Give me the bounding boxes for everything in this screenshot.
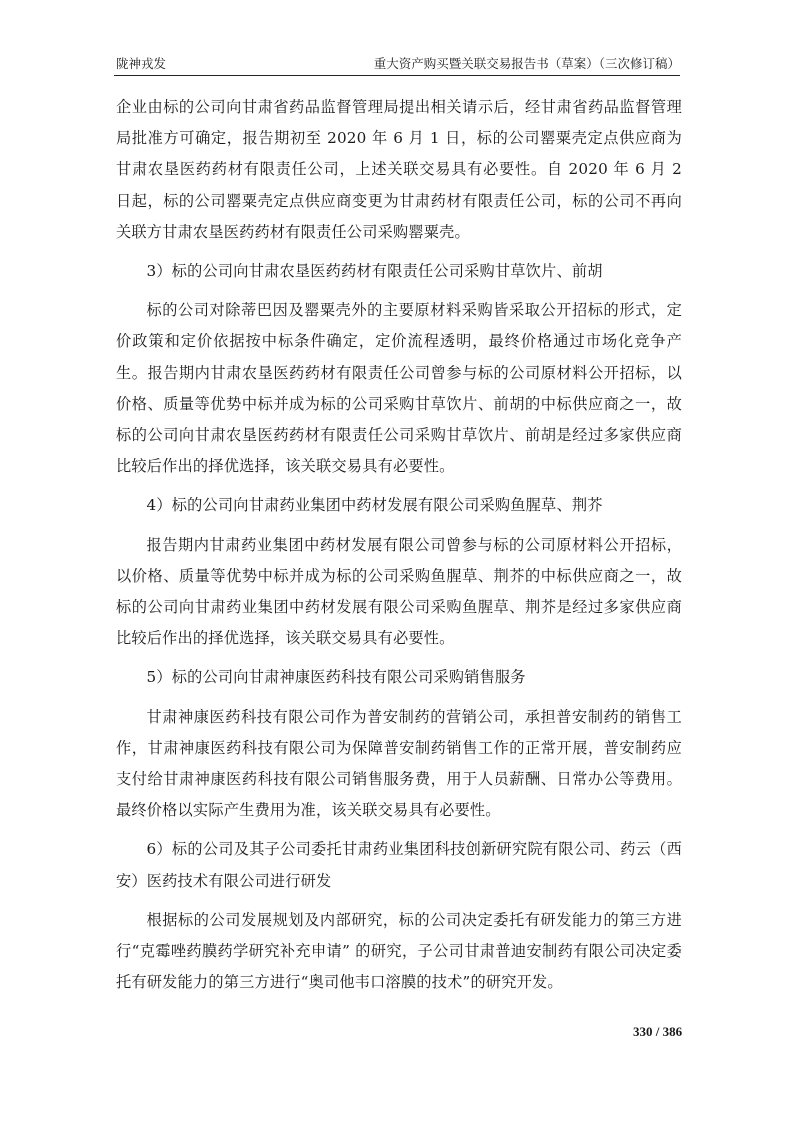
section-heading-6: 6）标的公司及其子公司委托甘肃药业集团科技创新研究院有限公司、药云（西安）医药技… [116,834,682,896]
page-header: 陇神戎发 重大资产购买暨关联交易报告书（草案）（三次修订稿） [114,55,680,76]
section-heading-5: 5）标的公司向甘肃神康医药科技有限公司采购销售服务 [116,662,682,693]
page-number: 330 / 386 [633,1024,682,1040]
paragraph-continuation: 企业由标的公司向甘肃省药品监督管理局提出相关请示后，经甘肃省药品监督管理局批准方… [116,92,682,248]
section-heading-3: 3）标的公司向甘肃农垦医药药材有限责任公司采购甘草饮片、前胡 [116,256,682,287]
header-document-title: 重大资产购买暨关联交易报告书（草案）（三次修订稿） [374,55,680,73]
paragraph-section-5: 甘肃神康医药科技有限公司作为普安制药的营销公司，承担普安制药的销售工作，甘肃神康… [116,702,682,827]
document-body: 企业由标的公司向甘肃省药品监督管理局提出相关请示后，经甘肃省药品监督管理局批准方… [116,92,682,998]
header-company-name: 陇神戎发 [116,55,166,73]
paragraph-section-3: 标的公司对除蒂巴因及罂粟壳外的主要原材料采购皆采取公开招标的形式，定价政策和定价… [116,295,682,482]
section-heading-4: 4）标的公司向甘肃药业集团中药材发展有限公司采购鱼腥草、荆芥 [116,490,682,521]
paragraph-section-4: 报告期内甘肃药业集团中药材发展有限公司曾参与标的公司原材料公开招标，以价格、质量… [116,530,682,655]
paragraph-section-6: 根据标的公司发展规划及内部研究，标的公司决定委托有研发能力的第三方进行“克霉唑药… [116,905,682,999]
